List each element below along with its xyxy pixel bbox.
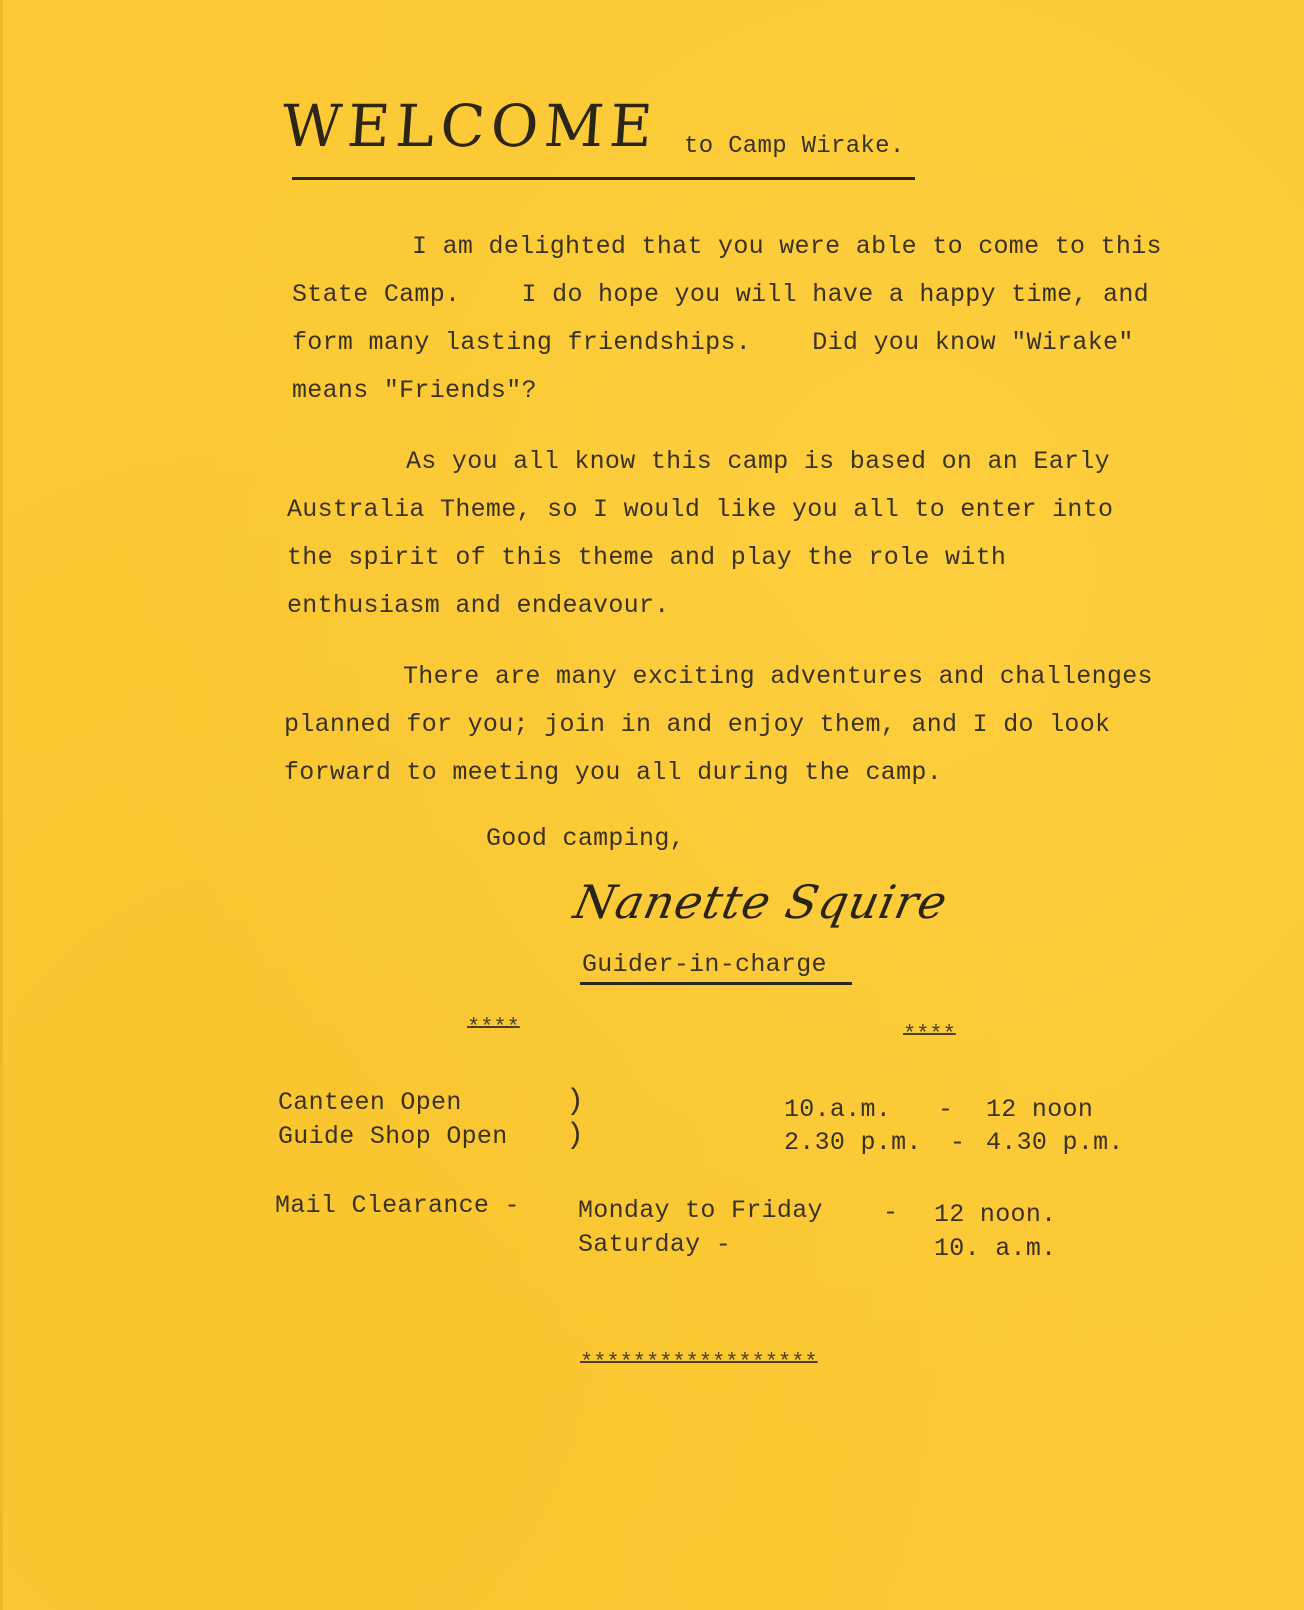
heading-underline <box>292 177 915 180</box>
mail-label: Mail Clearance - <box>275 1191 520 1220</box>
time-2-sep: - <box>950 1128 965 1157</box>
divider-bottom: ****************** <box>580 1350 818 1375</box>
bracket-bottom: ) <box>566 1119 584 1153</box>
paragraph-1-line-3: form many lasting friendships. Did you k… <box>292 328 1134 357</box>
canteen-label: Canteen Open <box>278 1088 462 1117</box>
paragraph-2-line-1: As you all know this camp is based on an… <box>406 447 1110 476</box>
mail-row-2-days: Saturday - <box>578 1230 731 1259</box>
paragraph-1-line-1: I am delighted that you were able to com… <box>412 232 1162 261</box>
time-1-to: 12 noon <box>986 1095 1093 1124</box>
page-edge <box>0 0 3 1610</box>
bracket-top: ) <box>566 1085 584 1119</box>
time-2-from: 2.30 p.m. <box>784 1128 922 1157</box>
paragraph-2-line-4: enthusiasm and endeavour. <box>287 591 670 620</box>
signer-title: Guider-in-charge <box>582 950 827 979</box>
mail-row-1-sep: - <box>883 1198 898 1227</box>
divider-left: **** <box>467 1015 520 1040</box>
mail-row-1-time: 12 noon. <box>934 1200 1056 1229</box>
paragraph-3-line-3: forward to meeting you all during the ca… <box>284 758 942 787</box>
mail-row-2-time: 10. a.m. <box>934 1234 1056 1263</box>
paragraph-2-line-2: Australia Theme, so I would like you all… <box>287 495 1113 524</box>
signer-title-underline <box>580 982 852 985</box>
paragraph-3-line-2: planned for you; join in and enjoy them,… <box>284 710 1110 739</box>
divider-right: **** <box>903 1022 956 1047</box>
welcome-handwritten-heading: WELCOME <box>280 92 661 160</box>
signature: Nanette Squire <box>569 875 952 929</box>
mail-row-1-days: Monday to Friday <box>578 1196 823 1225</box>
time-1-from: 10.a.m. <box>784 1095 891 1124</box>
paragraph-2-line-3: the spirit of this theme and play the ro… <box>287 543 1006 572</box>
closing-text: Good camping, <box>486 824 685 853</box>
time-2-to: 4.30 p.m. <box>986 1128 1124 1157</box>
welcome-subtitle: to Camp Wirake. <box>684 133 905 160</box>
paragraph-1-line-2: State Camp. I do hope you will have a ha… <box>292 280 1149 309</box>
paragraph-3-line-1: There are many exciting adventures and c… <box>403 662 1153 691</box>
guide-shop-label: Guide Shop Open <box>278 1122 508 1151</box>
paragraph-1-line-4: means "Friends"? <box>292 376 537 405</box>
time-1-sep: - <box>938 1095 953 1124</box>
